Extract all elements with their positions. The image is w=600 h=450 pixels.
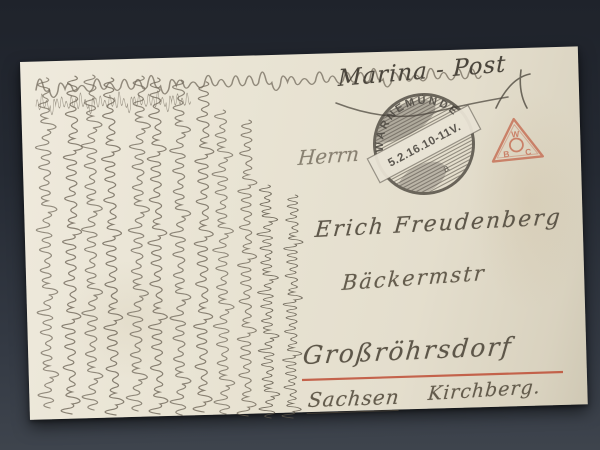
censor-letter-right: C [525, 146, 532, 157]
censor-triangle: W B C [0, 0, 600, 450]
censor-circle [509, 138, 523, 152]
censor-letter-left: B [503, 149, 510, 160]
photo-of-postcard: Marina - Post Herrn Erich Freudenberg Bä… [0, 0, 600, 450]
